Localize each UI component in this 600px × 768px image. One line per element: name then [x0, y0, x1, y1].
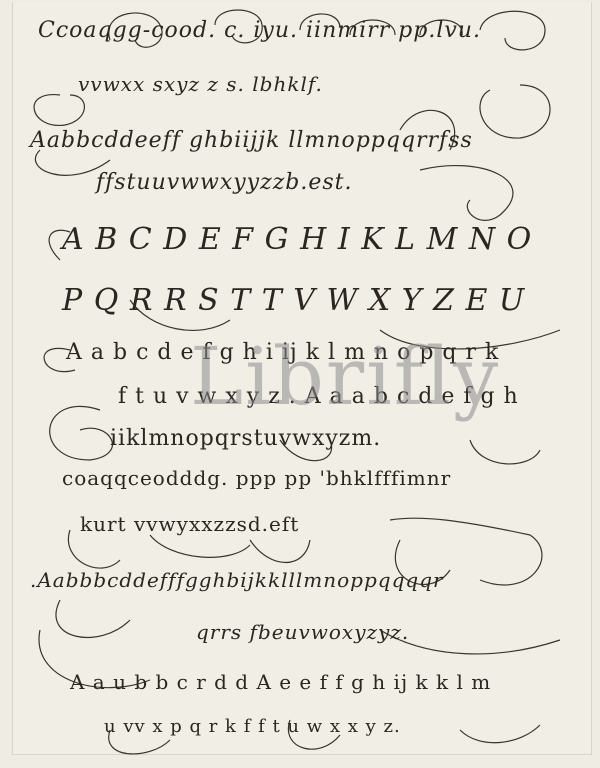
gothic-line-3: iiklmnopqrstuvwxyzm.	[110, 426, 600, 451]
italic-line-1: .Aabbbcddefffgghbijkklllmnoppqqqqr	[30, 568, 600, 592]
script-line-4: ffstuuvwwxyyzzb.est.	[96, 170, 600, 195]
secretary-line-2: u vv x p q r k f f t u w x x y z.	[104, 716, 600, 737]
roundhand-line-1: coaqqceodddg. ppp pp 'bhklfffimnr	[62, 466, 600, 490]
page: Ccoaqgg-cood. c. iyu. iinmirr pp.lvu. vv…	[0, 0, 600, 768]
roundhand-line-2: kurt vvwyxxzzsd.eft	[80, 512, 600, 536]
script-line-2: vvwxx sxyz z s. lbhklf.	[78, 72, 600, 96]
script-line-3: Aabbcddeeff ghbiijjk llmnoppqqrrfss	[30, 128, 600, 153]
capitals-line-1: A B C D E F G H I K L M N O	[62, 222, 600, 257]
italic-line-2: qrrs fbeuvwoxyzyz.	[196, 620, 600, 644]
secretary-line-1: A a u b b c r d d A e e f f g h ij k k l…	[70, 670, 600, 694]
watermark: Librifly	[190, 330, 500, 423]
script-line-1: Ccoaqgg-cood. c. iyu. iinmirr pp.lvu.	[38, 18, 600, 43]
capitals-line-2: P Q R R S T T V W X Y Z E U	[62, 283, 600, 318]
